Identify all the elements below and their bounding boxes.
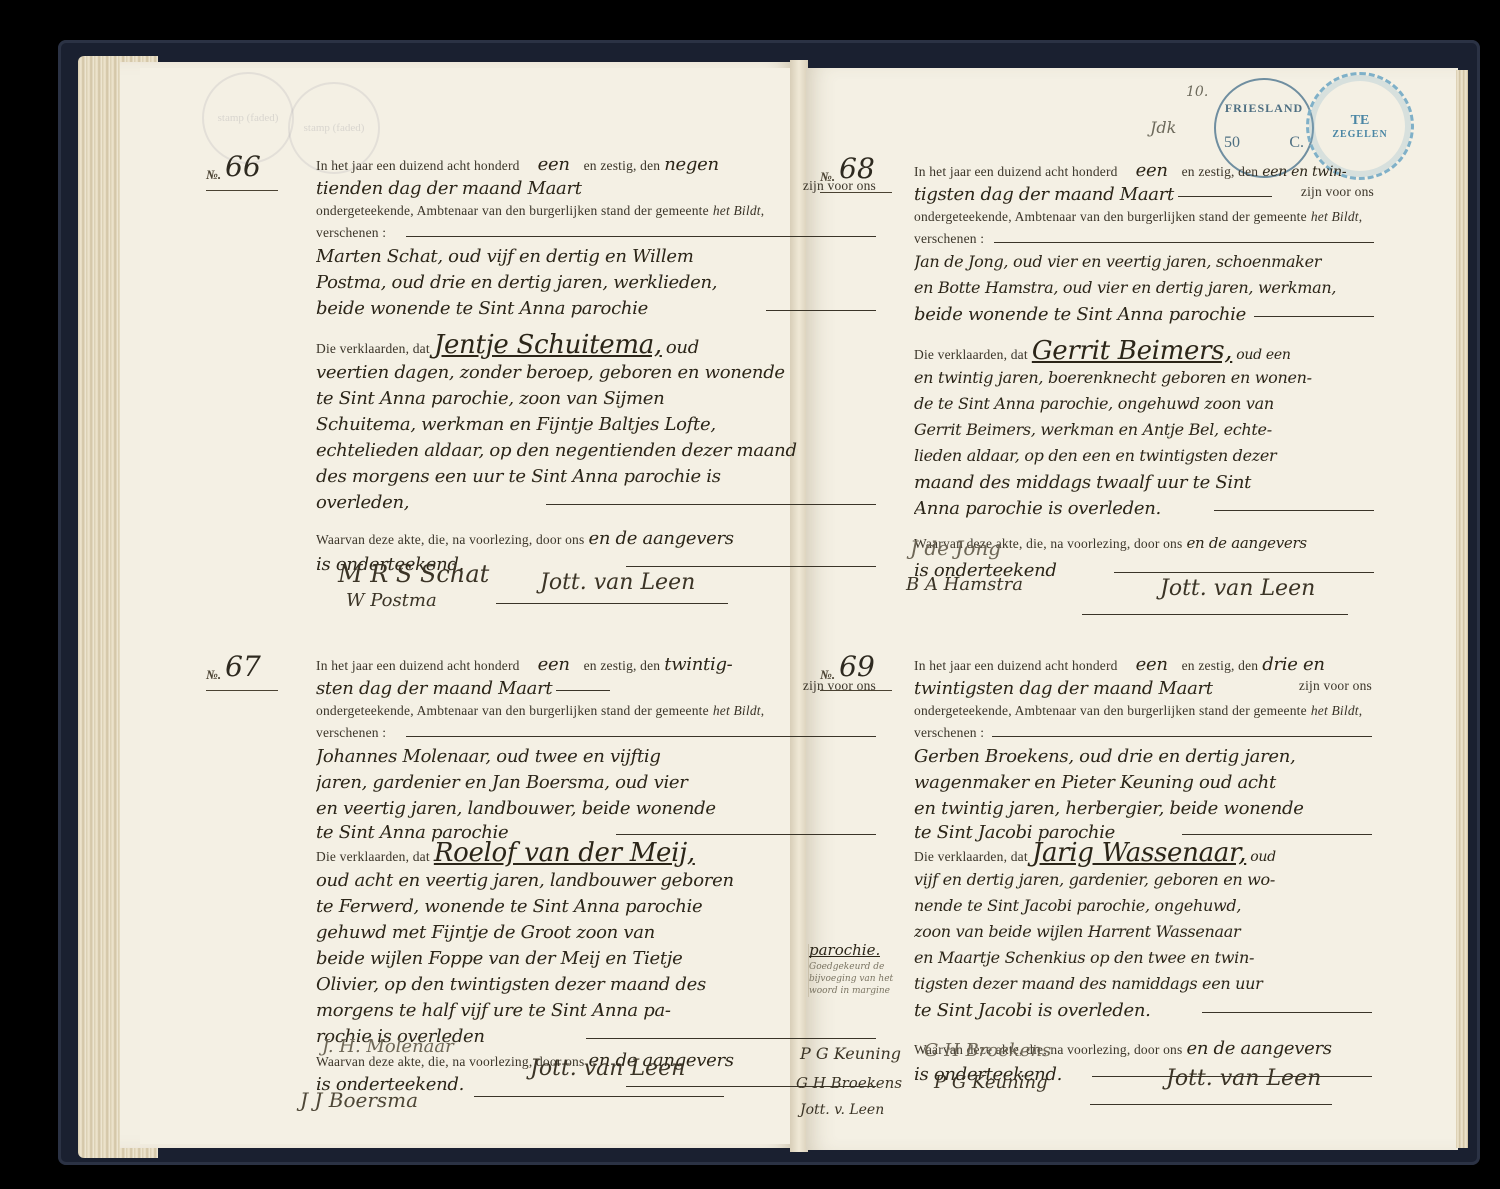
margin-signature: G H Broekens (796, 1074, 902, 1092)
signature-line (496, 603, 728, 604)
signature: J. H. Molenaar (322, 1036, 454, 1057)
page-edges-right (1456, 70, 1468, 1148)
seal-text: ZEGELEN (1332, 129, 1387, 140)
official-signature: Jott. van Leen (1166, 1066, 1321, 1091)
deceased-name: Jentje Schuitema, (434, 330, 662, 360)
entry-number: №.66 (206, 150, 278, 191)
margin-signature: Jott. v. Leen (800, 1102, 884, 1118)
signature: J de Jong (910, 536, 1001, 560)
margin-annotation: parochie. Goedgekeurd de bijvoeging van … (808, 944, 919, 997)
deceased-name: Roelof van der Meij, (434, 838, 695, 868)
entry-number: №.68 (820, 152, 892, 193)
signature: W Postma (346, 590, 437, 611)
entry-number: №.69 (820, 650, 892, 691)
signature: J J Boersma (300, 1088, 418, 1112)
deceased-name: Jarig Wassenaar, (1032, 838, 1246, 868)
deceased-name: Gerrit Beimers, (1032, 336, 1232, 366)
stamp-value: 50 (1224, 134, 1240, 152)
signature: P G Keuning (934, 1072, 1048, 1093)
stamp-unit: C. (1289, 134, 1304, 152)
margin-note: 10. (1186, 84, 1208, 100)
official-signature: Jott. van Leen (540, 570, 695, 595)
margin-signature: P G Keuning (800, 1044, 901, 1063)
seal-text: TE (1351, 113, 1370, 129)
margin-note: Jdk (1150, 118, 1176, 137)
signature: G H Broekens (924, 1040, 1051, 1061)
stamp-text: FRIESLAND (1225, 101, 1303, 116)
signature: M R S Schat (338, 560, 489, 588)
signature-line (1082, 614, 1348, 615)
official-signature: Jott. van Leen (530, 1056, 685, 1081)
signature-line (1090, 1104, 1332, 1105)
signature-line (474, 1096, 724, 1097)
entry-number: №.67 (206, 650, 278, 691)
official-signature: Jott. van Leen (1160, 576, 1315, 601)
signature: B A Hamstra (906, 574, 1023, 595)
